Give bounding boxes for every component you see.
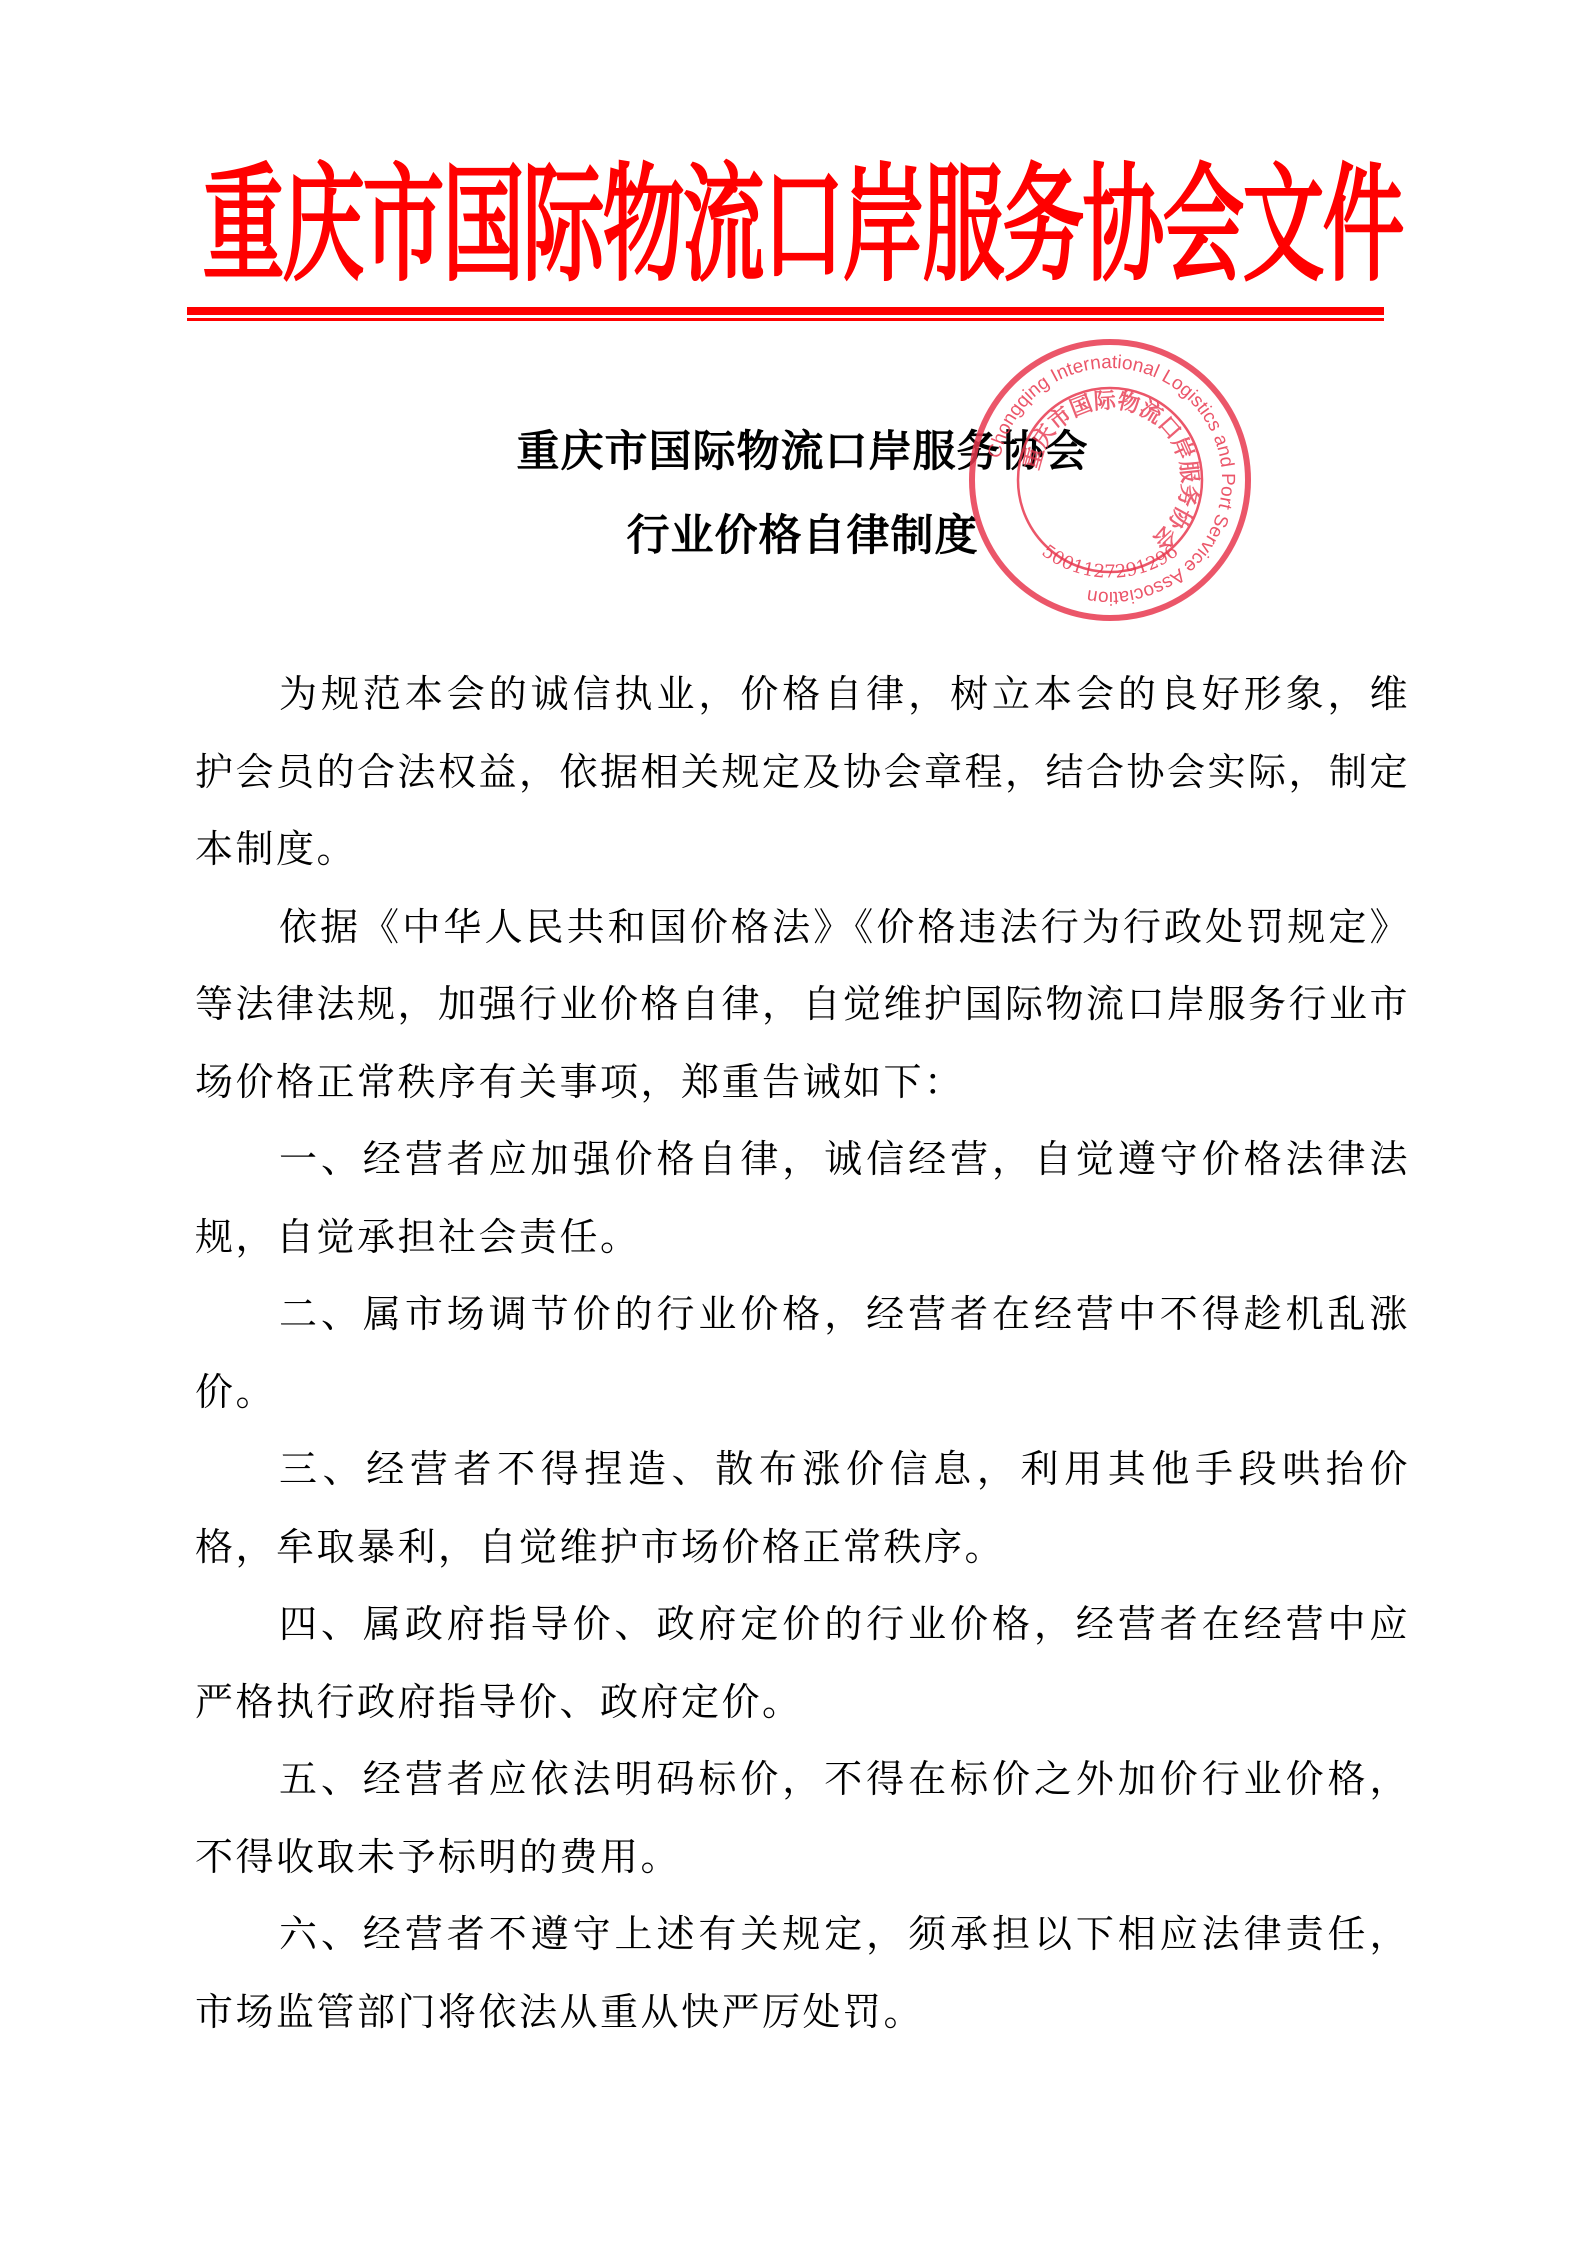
document-title-line1: 重庆市国际物流口岸服务协会 (195, 418, 1410, 479)
letterhead-title: 重庆市国际物流口岸服务协会文件 (202, 124, 1402, 305)
svg-text:Chongqing International Logist: Chongqing International Logistics and Po… (984, 352, 1238, 608)
paragraph-basis: 依据《中华人民共和国价格法》《价格违法行为行政处罚规定》等法律法规，加强行业价格… (195, 889, 1410, 1122)
letterhead-rule-thin (187, 318, 1384, 321)
document-body: 为规范本会的诚信执业，价格自律，树立本会的良好形象，维护会员的合法权益，依据相关… (195, 656, 1410, 2051)
paragraph-item-5: 五、经营者应依法明码标价，不得在标价之外加价行业价格，不得收取未予标明的费用。 (195, 1741, 1410, 1896)
paragraph-item-4: 四、属政府指导价、政府定价的行业价格，经营者在经营中应严格执行政府指导价、政府定… (195, 1586, 1410, 1741)
paragraph-preamble: 为规范本会的诚信执业，价格自律，树立本会的良好形象，维护会员的合法权益，依据相关… (195, 656, 1410, 889)
paragraph-item-1: 一、经营者应加强价格自律，诚信经营，自觉遵守价格法律法规，自觉承担社会责任。 (195, 1121, 1410, 1276)
document-page: 重庆市国际物流口岸服务协会文件 重庆市国际物流口岸服务协会 行业价格自律制度 为… (0, 0, 1588, 2245)
paragraph-item-6: 六、经营者不遵守上述有关规定，须承担以下相应法律责任，市场监管部门将依法从重从快… (195, 1896, 1410, 2051)
letterhead: 重庆市国际物流口岸服务协会文件 (195, 140, 1410, 290)
official-seal-icon: Chongqing International Logistics and Po… (960, 330, 1260, 630)
document-title-line2: 行业价格自律制度 (195, 502, 1410, 563)
paragraph-item-3: 三、经营者不得捏造、散布涨价信息，利用其他手段哄抬价格，牟取暴利，自觉维护市场价… (195, 1431, 1410, 1586)
letterhead-rule-thick (187, 307, 1384, 315)
paragraph-item-2: 二、属市场调节价的行业价格，经营者在经营中不得趁机乱涨价。 (195, 1276, 1410, 1431)
